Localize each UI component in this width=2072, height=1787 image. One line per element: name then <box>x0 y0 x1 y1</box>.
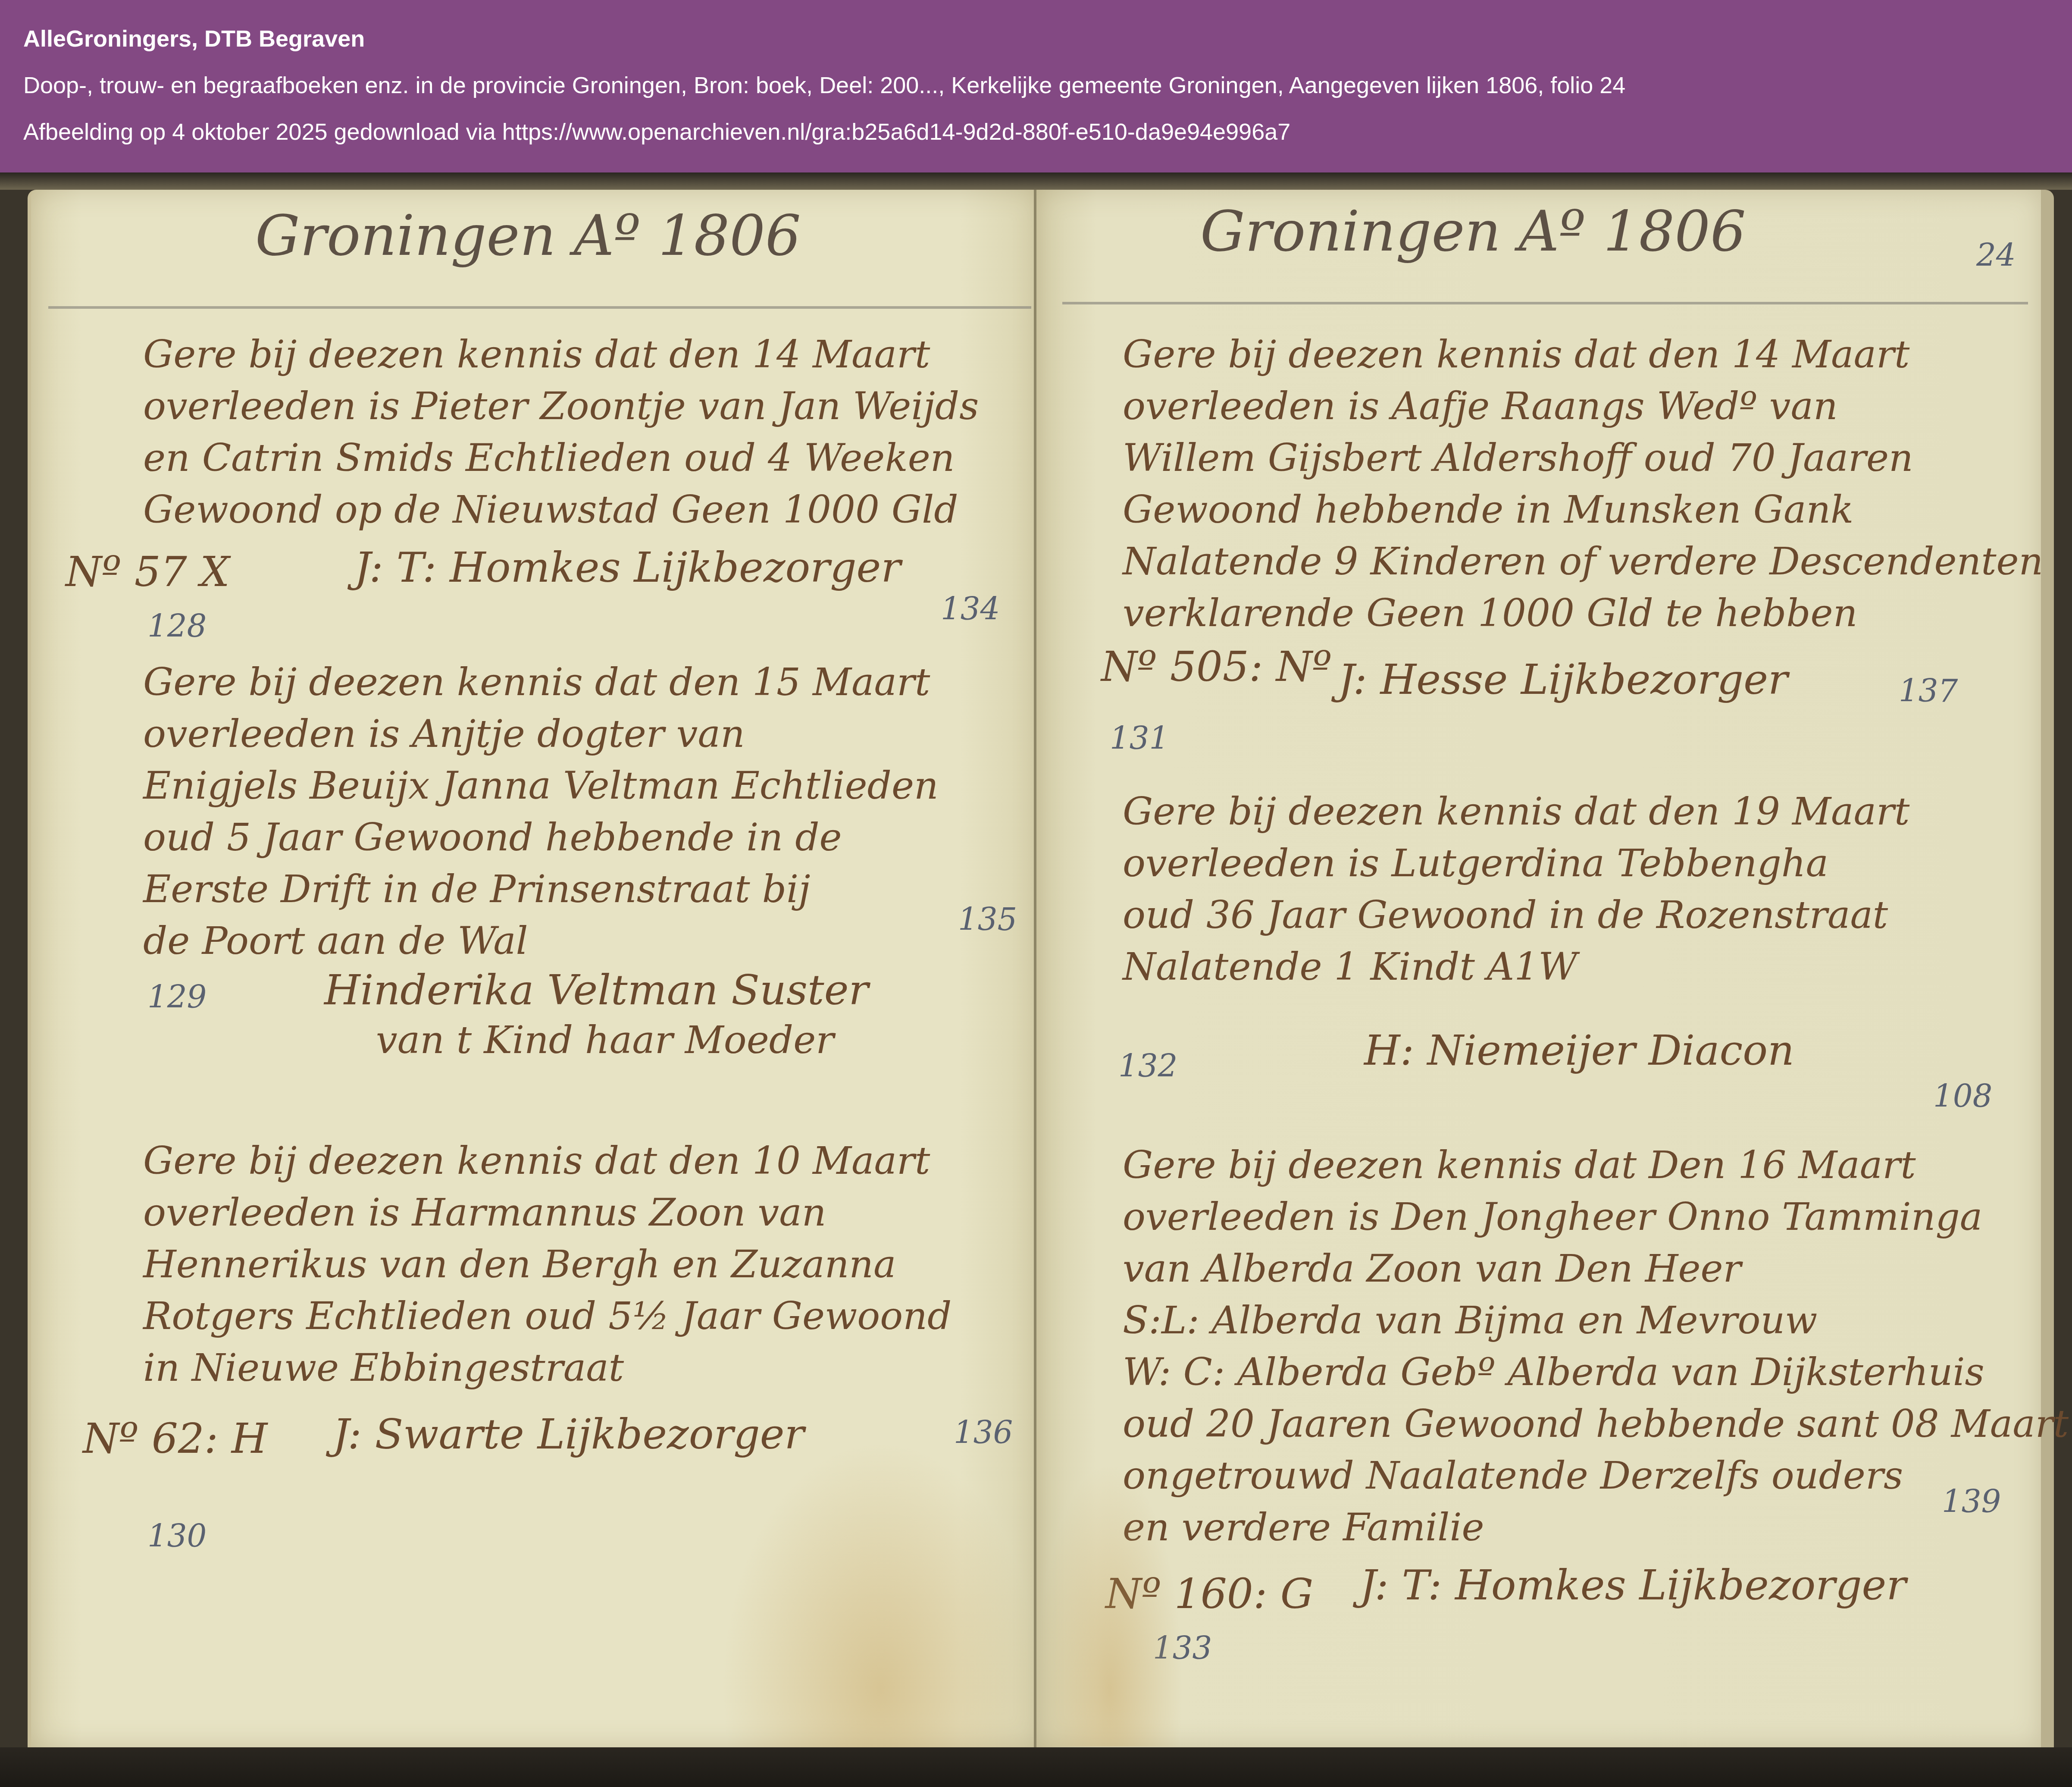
entry-line: overleeden is Anjtje dogter van <box>143 712 745 756</box>
entry-line: en Catrin Smids Echtlieden oud 4 Weeken <box>143 436 955 480</box>
entry-line: Gewoond hebbende in Munsken Gank <box>1123 487 1853 532</box>
margin-number: 137 <box>1899 673 1958 709</box>
entry-line: overleeden is Aafje Raangs Wedº van <box>1123 384 1838 428</box>
water-stain <box>1036 1462 1183 1746</box>
entry-signature: H: Niemeijer Diacon <box>1364 1026 1794 1075</box>
scanned-book-spread: Groningen Aº 1806 Gere bij deezen kennis… <box>0 172 2072 1787</box>
water-stain <box>721 1440 1040 1751</box>
entry-line: Gere bij deezen kennis dat den 14 Maart <box>143 332 930 376</box>
book-cover-bottom-edge <box>0 1747 2072 1787</box>
margin-number: 135 <box>958 901 1017 937</box>
banner-source-line: Doop-, trouw- en begraafboeken enz. in d… <box>23 68 2072 103</box>
entry-line: Rotgers Echtlieden oud 5½ Jaar Gewoond <box>143 1294 951 1338</box>
entry-line: Gere bij deezen kennis dat den 15 Maart <box>143 660 930 704</box>
left-page-heading: Groningen Aº 1806 <box>255 203 801 268</box>
margin-number: 131 <box>1110 720 1169 756</box>
entry-line: oud 36 Jaar Gewoond in de Rozenstraat <box>1123 893 1888 937</box>
banner-title: AlleGroningers, DTB Begraven <box>23 22 2072 56</box>
entry-line: Hennerikus van den Bergh en Zuzanna <box>143 1242 896 1286</box>
margin-number: 129 <box>147 979 207 1015</box>
margin-number: 134 <box>941 591 1000 627</box>
entry-signature: J: T: Homkes Lijkbezorger <box>354 543 901 592</box>
entry-number: Nº 505: Nº <box>1101 643 1332 691</box>
entry-line: Gewoond op de Nieuwstad Geen 1000 Gld <box>143 487 958 532</box>
entry-line: Willem Gijsbert Aldershoff oud 70 Jaaren <box>1123 436 1913 480</box>
entry-line: Gere bij deezen kennis dat den 10 Maart <box>143 1138 930 1183</box>
entry-line: verklarende Geen 1000 Gld te hebben <box>1123 591 1857 635</box>
entry-line: Eerste Drift in de Prinsenstraat bij <box>143 867 810 911</box>
entry-line: overleeden is Den Jongheer Onno Tamminga <box>1123 1194 1982 1239</box>
entry-signature-line2: van t Kind haar Moeder <box>376 1018 834 1062</box>
right-page-heading: Groningen Aº 1806 <box>1200 198 1746 264</box>
banner-download-line: Afbeelding op 4 oktober 2025 gedownload … <box>23 115 2072 149</box>
entry-line: Nalatende 9 Kinderen of verdere Descende… <box>1123 539 2043 583</box>
entry-signature: J: T: Homkes Lijkbezorger <box>1360 1561 1906 1609</box>
margin-number: 108 <box>1933 1078 1992 1114</box>
entry-line: ongetrouwd Naalatende Derzelfs ouders <box>1123 1453 1903 1498</box>
caption-banner: AlleGroningers, DTB Begraven Doop-, trou… <box>0 0 2072 172</box>
entry-line: van Alberda Zoon van Den Heer <box>1123 1246 1741 1291</box>
left-page: Groningen Aº 1806 Gere bij deezen kennis… <box>28 190 1040 1747</box>
folio-number: 24 <box>1976 237 2016 273</box>
entry-line: W: C: Alberda Gebº Alberda van Dijksterh… <box>1123 1350 1984 1394</box>
entry-line: overleeden is Harmannus Zoon van <box>143 1190 826 1235</box>
margin-number: 139 <box>1942 1483 2001 1520</box>
entry-line: Nalatende 1 Kindt A1W <box>1123 944 1577 989</box>
entry-line: overleeden is Lutgerdina Tebbengha <box>1123 841 1828 885</box>
entry-line: S:L: Alberda van Bijma en Mevrouw <box>1123 1298 1817 1342</box>
entry-number: Nº 62: H <box>83 1414 267 1463</box>
entry-line: de Poort aan de Wal <box>143 919 528 963</box>
entry-line: oud 20 Jaaren Gewoond hebbende sant 08 M… <box>1123 1401 2069 1446</box>
margin-number: 132 <box>1118 1048 1177 1084</box>
margin-number: 130 <box>147 1518 207 1554</box>
entry-signature: Hinderika Veltman Suster <box>324 966 868 1014</box>
header-rule <box>1062 302 2028 304</box>
right-page: Groningen Aº 1806 24 Gere bij deezen ken… <box>1036 190 2054 1747</box>
header-rule <box>48 306 1031 309</box>
entry-number: Nº 57 X <box>66 548 230 596</box>
book-cover-top-edge <box>0 172 2072 190</box>
entry-signature: J: Hesse Lijkbezorger <box>1338 655 1788 704</box>
entry-line: oud 5 Jaar Gewoond hebbende in de <box>143 815 842 859</box>
entry-line: Enigjels Beuijx Janna Veltman Echtlieden <box>143 763 939 808</box>
entry-line: Gere bij deezen kennis dat Den 16 Maart <box>1123 1143 1916 1187</box>
entry-line: overleeden is Pieter Zoontje van Jan Wei… <box>143 384 979 428</box>
entry-line: in Nieuwe Ebbingestraat <box>143 1345 624 1390</box>
entry-line: Gere bij deezen kennis dat den 19 Maart <box>1123 789 1909 834</box>
margin-number: 128 <box>147 608 207 644</box>
entry-line: Gere bij deezen kennis dat den 14 Maart <box>1123 332 1909 376</box>
